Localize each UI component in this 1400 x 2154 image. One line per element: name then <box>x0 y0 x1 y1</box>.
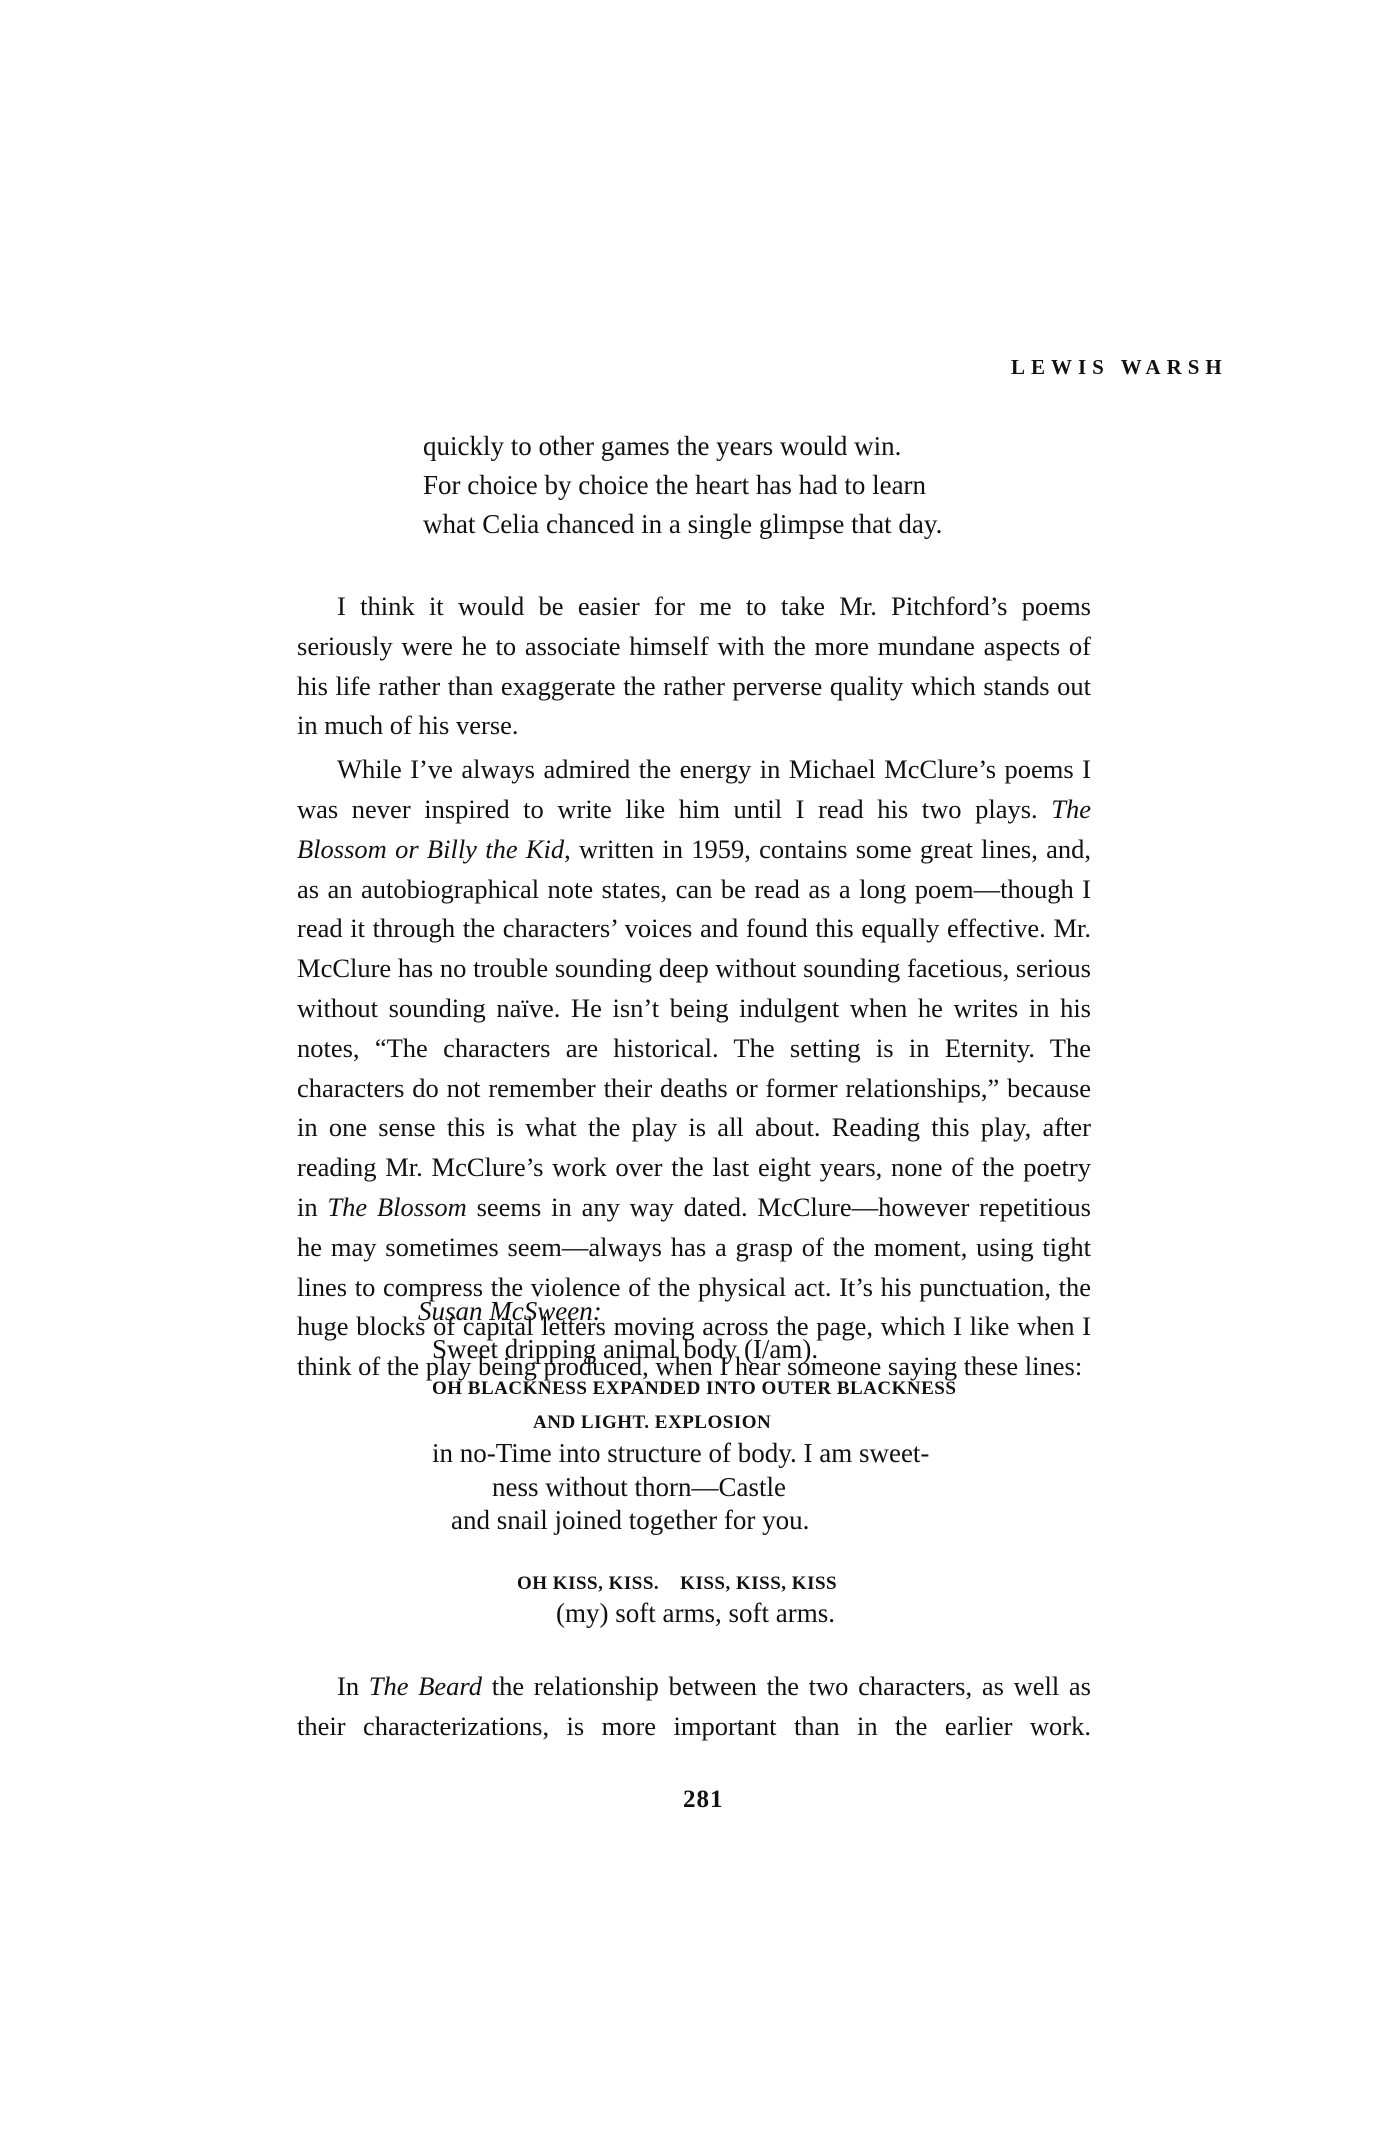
running-head: LEWIS WARSH <box>1011 355 1228 380</box>
verse-excerpt-top: quickly to other games the years would w… <box>423 427 942 544</box>
excerpt-caps-line: OH KISS, KISS. KISS, KISS, KISS <box>517 1573 837 1595</box>
excerpt-line: and snail joined together for you. <box>451 1505 809 1536</box>
excerpt-caps-line: AND LIGHT. EXPLOSION <box>533 1412 771 1434</box>
excerpt-line: ness without thorn—Castle <box>492 1472 786 1503</box>
speaker-name: Susan McSween: <box>418 1296 602 1327</box>
page-number: 281 <box>683 1786 724 1814</box>
excerpt-line: (my) soft arms, soft arms. <box>556 1598 835 1629</box>
title-blossom: The Blossom <box>327 1192 466 1222</box>
excerpt-line: Sweet dripping animal body (I/am). <box>432 1334 818 1365</box>
title-beard: The Beard <box>369 1671 482 1701</box>
verse-line: what Celia chanced in a single glimpse t… <box>423 505 942 544</box>
paragraph-beard: In The Beard the relationship between th… <box>297 1666 1091 1746</box>
text-span: In <box>337 1671 369 1701</box>
verse-line: For choice by choice the heart has had t… <box>423 466 942 505</box>
closing-paragraph: In The Beard the relationship between th… <box>297 1666 1091 1746</box>
text-span: While I’ve always admired the energy in … <box>297 754 1091 824</box>
excerpt-caps-line: OH BLACKNESS EXPANDED INTO OUTER BLACKNE… <box>432 1378 956 1400</box>
text-span: , written in 1959, contains some great l… <box>297 834 1091 1222</box>
page: LEWIS WARSH quickly to other games the y… <box>0 0 1400 2154</box>
paragraph-pitchford: I think it would be easier for me to tak… <box>297 587 1091 746</box>
paragraph-mcclure: While I’ve always admired the energy in … <box>297 750 1091 1387</box>
body-text: I think it would be easier for me to tak… <box>297 587 1091 1387</box>
verse-line: quickly to other games the years would w… <box>423 427 942 466</box>
excerpt-line: in no-Time into structure of body. I am … <box>432 1438 929 1469</box>
